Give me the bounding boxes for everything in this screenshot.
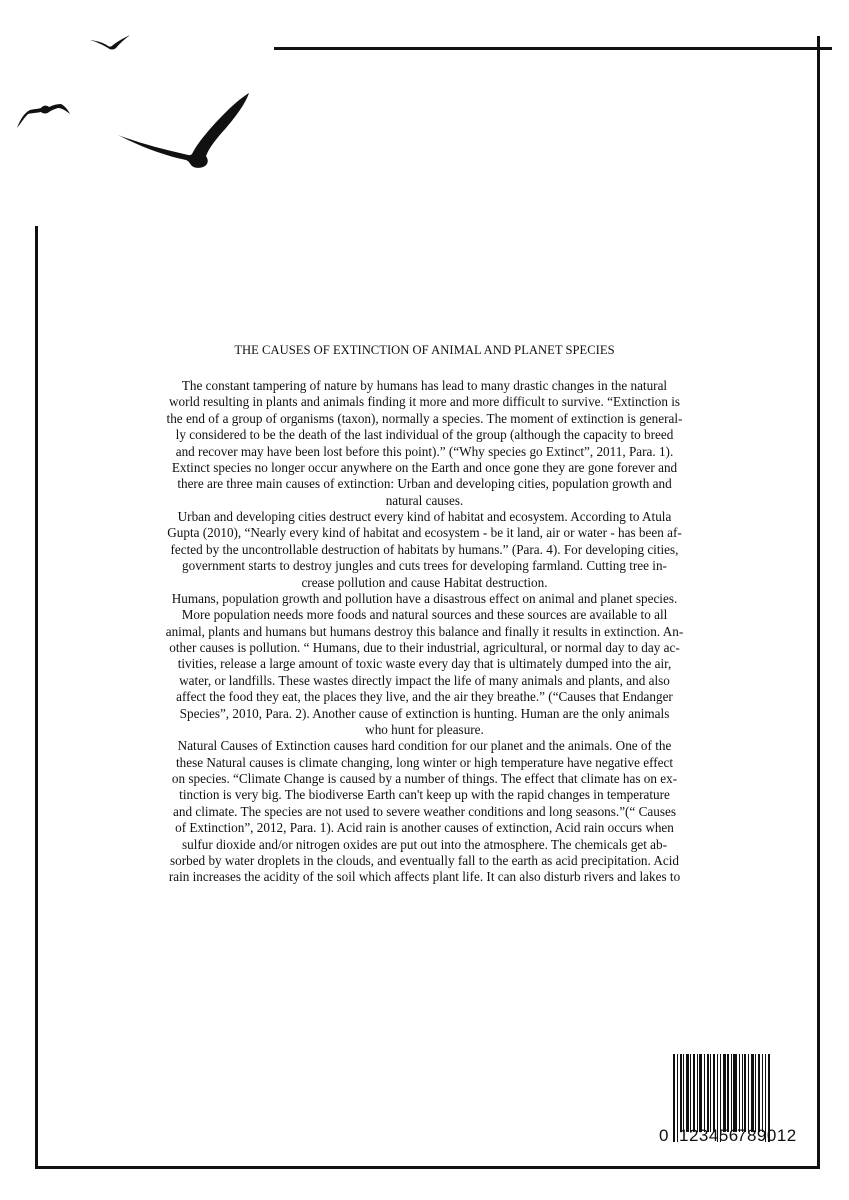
body-line: sorbed by water droplets in the clouds, …: [120, 853, 729, 869]
body-line: sulfur dioxide and/or nitrogen oxides ar…: [120, 837, 729, 853]
body-line: animal, plants and humans but humans des…: [120, 624, 729, 640]
body-line: More population needs more foods and nat…: [120, 607, 729, 623]
body-line: government starts to destroy jungles and…: [120, 558, 729, 574]
barcode-left-digits: 123456: [679, 1126, 739, 1146]
body-line: there are three main causes of extinctio…: [120, 476, 729, 492]
body-line: who hunt for pleasure.: [120, 722, 729, 738]
body-line: ly considered to be the death of the las…: [120, 427, 729, 443]
body-line: affect the food they eat, the places the…: [120, 689, 729, 705]
document-body: The constant tampering of nature by huma…: [120, 378, 729, 886]
body-line: fected by the uncontrollable destruction…: [120, 542, 729, 558]
body-line: The constant tampering of nature by huma…: [120, 378, 729, 394]
body-line: water, or landfills. These wastes direct…: [120, 673, 729, 689]
body-line: Species”, 2010, Para. 2). Another cause …: [120, 706, 729, 722]
body-line: Natural Causes of Extinction causes hard…: [120, 738, 729, 754]
body-line: and climate. The species are not used to…: [120, 804, 729, 820]
body-line: tinction is very big. The biodiverse Ear…: [120, 787, 729, 803]
body-line: these Natural causes is climate changing…: [120, 755, 729, 771]
frame-bottom-line: [35, 1166, 820, 1169]
frame-right-line: [817, 36, 820, 1169]
body-line: of Extinction”, 2012, Para. 1). Acid rai…: [120, 820, 729, 836]
body-line: Gupta (2010), “Nearly every kind of habi…: [120, 525, 729, 541]
frame-left-line: [35, 226, 38, 1169]
barcode-right-digits: 789012: [737, 1126, 797, 1146]
body-line: world resulting in plants and animals fi…: [120, 394, 729, 410]
small-bird-icon: [88, 34, 134, 56]
body-line: tivities, release a large amount of toxi…: [120, 656, 729, 672]
body-line: Humans, population growth and pollution …: [120, 591, 729, 607]
barcode-lead-digit: 0: [659, 1126, 669, 1146]
body-line: other causes is pollution. “ Humans, due…: [120, 640, 729, 656]
body-line: natural causes.: [120, 493, 729, 509]
body-line: Extinct species no longer occur anywhere…: [120, 460, 729, 476]
frame-top-line: [274, 47, 832, 50]
body-line: and recover may have been lost before th…: [120, 444, 729, 460]
body-line: on species. “Climate Change is caused by…: [120, 771, 729, 787]
body-line: the end of a group of organisms (taxon),…: [120, 411, 729, 427]
body-line: rain increases the acidity of the soil w…: [120, 869, 729, 885]
large-bird-icon: [116, 92, 254, 174]
medium-bird-icon: [14, 98, 72, 132]
document-title: THE CAUSES OF EXTINCTION OF ANIMAL AND P…: [0, 343, 849, 358]
body-line: crease pollution and cause Habitat destr…: [120, 575, 729, 591]
body-line: Urban and developing cities destruct eve…: [120, 509, 729, 525]
